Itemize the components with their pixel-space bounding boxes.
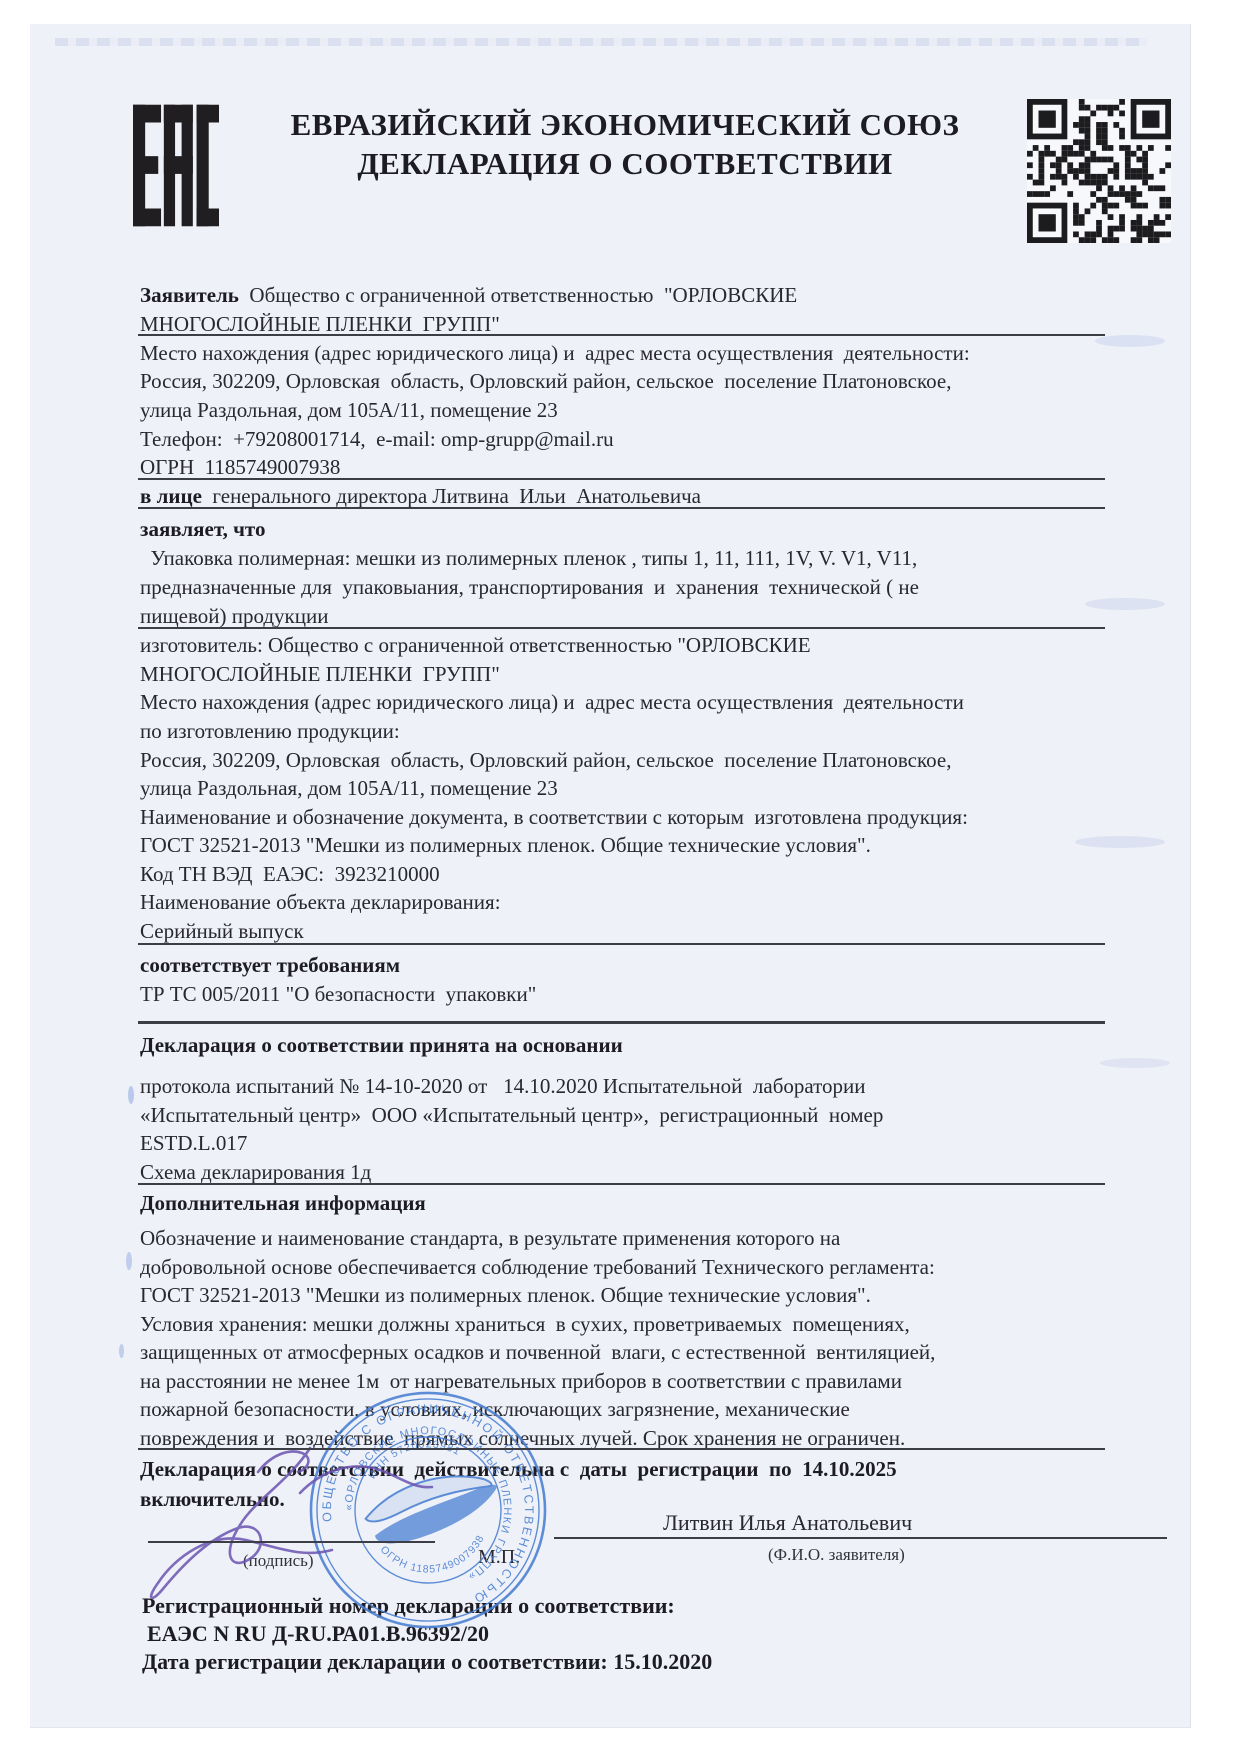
form-rule-line [138,1021,1105,1024]
line-text: предназначенные для упаковыания, транспо… [140,575,919,599]
scanned-declaration-page: ЕВРАЗИЙСКИЙ ЭКОНОМИЧЕСКИЙ СОЮЗ ДЕКЛАРАЦИ… [0,0,1240,1755]
document-line: в лице генерального директора Литвина Ил… [140,484,1130,509]
document-line: ГОСТ 32521-2013 "Мешки из полимерных пле… [140,1283,1130,1308]
declarant-name: Литвин Илья Анатольевич [663,1510,912,1536]
mp-stamp-place-label: М.П. [478,1546,520,1569]
line-text: ГОСТ 32521-2013 "Мешки из полимерных пле… [140,833,871,857]
document-line: Серийный выпуск [140,919,1130,944]
line-text: пищевой) продукции [140,604,328,628]
registration-number-value: ЕАЭС N RU Д-RU.РА01.В.96392/20 [147,1621,489,1647]
line-text: Наименование объекта декларирования: [140,890,501,914]
line-text: МНОГОСЛОЙНЫЕ ПЛЕНКИ ГРУПП" [140,662,500,686]
registration-number-title: Регистрационный номер декларации о соотв… [142,1593,675,1619]
document-line: ESTD.L.017 [140,1131,1130,1156]
line-bold-lead: Декларация о соответствии действительна … [140,1457,897,1481]
line-text: пожарной безопасности, в условиях, исклю… [140,1397,850,1421]
document-line: включительно. [140,1487,1130,1512]
document-line: Россия, 302209, Орловская область, Орлов… [140,369,1130,394]
document-title-line2: ДЕКЛАРАЦИЯ О СООТВЕТСТВИИ [230,146,1020,182]
document-line: протокола испытаний № 14-10-2020 от 14.1… [140,1074,1130,1099]
document-line: Заявитель Общество с ограниченной ответс… [140,283,1130,308]
document-line: Место нахождения (адрес юридического лиц… [140,690,1130,715]
form-rule-line [148,1541,435,1543]
line-text: ГОСТ 32521-2013 "Мешки из полимерных пле… [140,1283,871,1307]
line-bold-lead: Дополнительная информация [140,1191,426,1215]
document-line: Телефон: +79208001714, e-mail: omp-grupp… [140,427,1130,452]
line-text: Серийный выпуск [140,919,304,943]
line-text: защищенных от атмосферных осадков и почв… [140,1340,935,1364]
line-text: Упаковка полимерная: мешки из полимерных… [140,546,917,570]
form-rule-line [138,627,1105,629]
document-line: изготовитель: Общество с ограниченной от… [140,633,1130,658]
line-bold-lead: Декларация о соответствии принята на осн… [140,1033,623,1057]
document-line: Код ТН ВЭД ЕАЭС: 3923210000 [140,862,1130,887]
line-text: Место нахождения (адрес юридического лиц… [140,690,964,714]
line-text: Россия, 302209, Орловская область, Орлов… [140,748,951,772]
line-text: протокола испытаний № 14-10-2020 от 14.1… [140,1074,866,1098]
document-line: Наименование и обозначение документа, в … [140,805,1130,830]
line-text: Условия хранения: мешки должны храниться… [140,1312,910,1336]
line-text: Россия, 302209, Орловская область, Орлов… [140,369,951,393]
document-line: Условия хранения: мешки должны храниться… [140,1312,1130,1337]
document-line: Россия, 302209, Орловская область, Орлов… [140,748,1130,773]
line-text: Общество с ограниченной ответственностью… [239,283,797,307]
form-rule-line [554,1537,1167,1539]
document-line: Обозначение и наименование стандарта, в … [140,1226,1130,1251]
document-line: ТР ТС 005/2011 "О безопасности упаковки" [140,982,1130,1007]
registration-date-line: Дата регистрации декларации о соответств… [142,1649,712,1675]
document-line: МНОГОСЛОЙНЫЕ ПЛЕНКИ ГРУПП" [140,662,1130,687]
line-text: добровольной основе обеспечивается соблю… [140,1255,935,1279]
document-line: пищевой) продукции [140,604,1130,629]
eac-logo [133,103,219,228]
form-rule-line [138,334,1105,336]
form-rule-line [138,943,1105,945]
line-bold-lead: Заявитель [140,283,239,307]
line-text: Код ТН ВЭД ЕАЭС: 3923210000 [140,862,440,886]
document-line: ГОСТ 32521-2013 "Мешки из полимерных пле… [140,833,1130,858]
line-text: ОГРН 1185749007938 [140,455,340,479]
line-text: по изготовлению продукции: [140,719,400,743]
line-text: Схема декларирования 1д [140,1160,371,1184]
line-text: изготовитель: Общество с ограниченной от… [140,633,811,657]
line-text: улица Раздольная, дом 105А/11, помещение… [140,398,558,422]
line-bold-lead: заявляет, что [140,517,265,541]
line-text: на расстоянии не менее 1м от нагреватель… [140,1369,902,1393]
line-text: МНОГОСЛОЙНЫЕ ПЛЕНКИ ГРУПП" [140,312,500,336]
document-line: предназначенные для упаковыания, транспо… [140,575,1130,600]
signature-caption: (подпись) [243,1551,314,1571]
form-rule-line [138,1183,1105,1185]
document-line: соответствует требованиям [140,953,1130,978]
document-line: заявляет, что [140,517,1130,542]
document-line: пожарной безопасности, в условиях, исклю… [140,1397,1130,1422]
document-line: по изготовлению продукции: [140,719,1130,744]
scan-artifact-band [55,38,1147,46]
line-text: ESTD.L.017 [140,1131,247,1155]
line-text: повреждения и воздействие прямых солнечн… [140,1426,905,1450]
document-line: на расстоянии не менее 1м от нагреватель… [140,1369,1130,1394]
document-line: защищенных от атмосферных осадков и почв… [140,1340,1130,1365]
document-line: Упаковка полимерная: мешки из полимерных… [140,546,1130,571]
form-rule-line [138,507,1105,509]
line-text: ТР ТС 005/2011 "О безопасности упаковки" [140,982,536,1006]
line-bold-lead: в лице [140,484,202,508]
document-line: улица Раздольная, дом 105А/11, помещение… [140,776,1130,801]
form-rule-line [138,478,1105,480]
document-line: ОГРН 1185749007938 [140,455,1130,480]
line-bold-lead: включительно. [140,1487,285,1511]
document-line: Место нахождения (адрес юридического лиц… [140,341,1130,366]
document-title-line1: ЕВРАЗИЙСКИЙ ЭКОНОМИЧЕСКИЙ СОЮЗ [230,107,1020,143]
line-text: Телефон: +79208001714, e-mail: omp-grupp… [140,427,614,451]
document-line: Декларация о соответствии принята на осн… [140,1033,1130,1058]
document-line: «Испытательный центр» ООО «Испытательный… [140,1103,1130,1128]
document-line: улица Раздольная, дом 105А/11, помещение… [140,398,1130,423]
line-text: генерального директора Литвина Ильи Анат… [202,484,701,508]
qr-code [1027,99,1171,243]
form-rule-line [138,1448,1105,1450]
document-line: добровольной основе обеспечивается соблю… [140,1255,1130,1280]
declarant-name-caption: (Ф.И.О. заявителя) [768,1545,905,1565]
document-line: Дополнительная информация [140,1191,1130,1216]
line-text: Место нахождения (адрес юридического лиц… [140,341,970,365]
line-text: «Испытательный центр» ООО «Испытательный… [140,1103,883,1127]
line-bold-lead: соответствует требованиям [140,953,400,977]
line-text: улица Раздольная, дом 105А/11, помещение… [140,776,558,800]
document-line: Схема декларирования 1д [140,1160,1130,1185]
document-line: Наименование объекта декларирования: [140,890,1130,915]
line-text: Обозначение и наименование стандарта, в … [140,1226,840,1250]
document-line: Декларация о соответствии действительна … [140,1457,1130,1482]
line-text: Наименование и обозначение документа, в … [140,805,968,829]
